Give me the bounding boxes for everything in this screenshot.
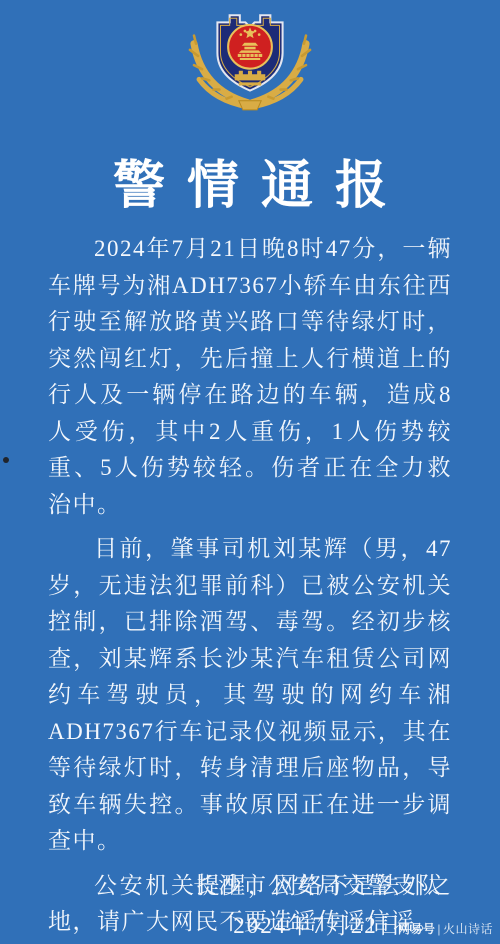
paragraph-investigation: 目前，肇事司机刘某辉（男，47岁，无违法犯罪前科）已被公安机关控制，已排除酒驾、… [48,531,452,860]
notice-title: 警情通报 [0,143,500,218]
image-speck-artifact [3,457,9,463]
watermark-divider: | [435,922,443,936]
issuer-name: 长沙市公安局交警支队 [193,866,443,906]
watermark: 网易号|火山诗话 [398,920,493,937]
police-notice: 警情通报 2024年7月21日晚8时47分，一辆车牌号为湘ADH7367小轿车由… [0,0,500,944]
watermark-platform-label: 网易号 [398,922,436,936]
police-badge-icon [183,3,317,115]
notice-body: 2024年7月21日晚8时47分，一辆车牌号为湘ADH7367小轿车由东往西行驶… [48,231,452,941]
paragraph-incident: 2024年7月21日晚8时47分，一辆车牌号为湘ADH7367小轿车由东往西行驶… [48,231,452,523]
watermark-account-label: 火山诗话 [443,922,493,936]
